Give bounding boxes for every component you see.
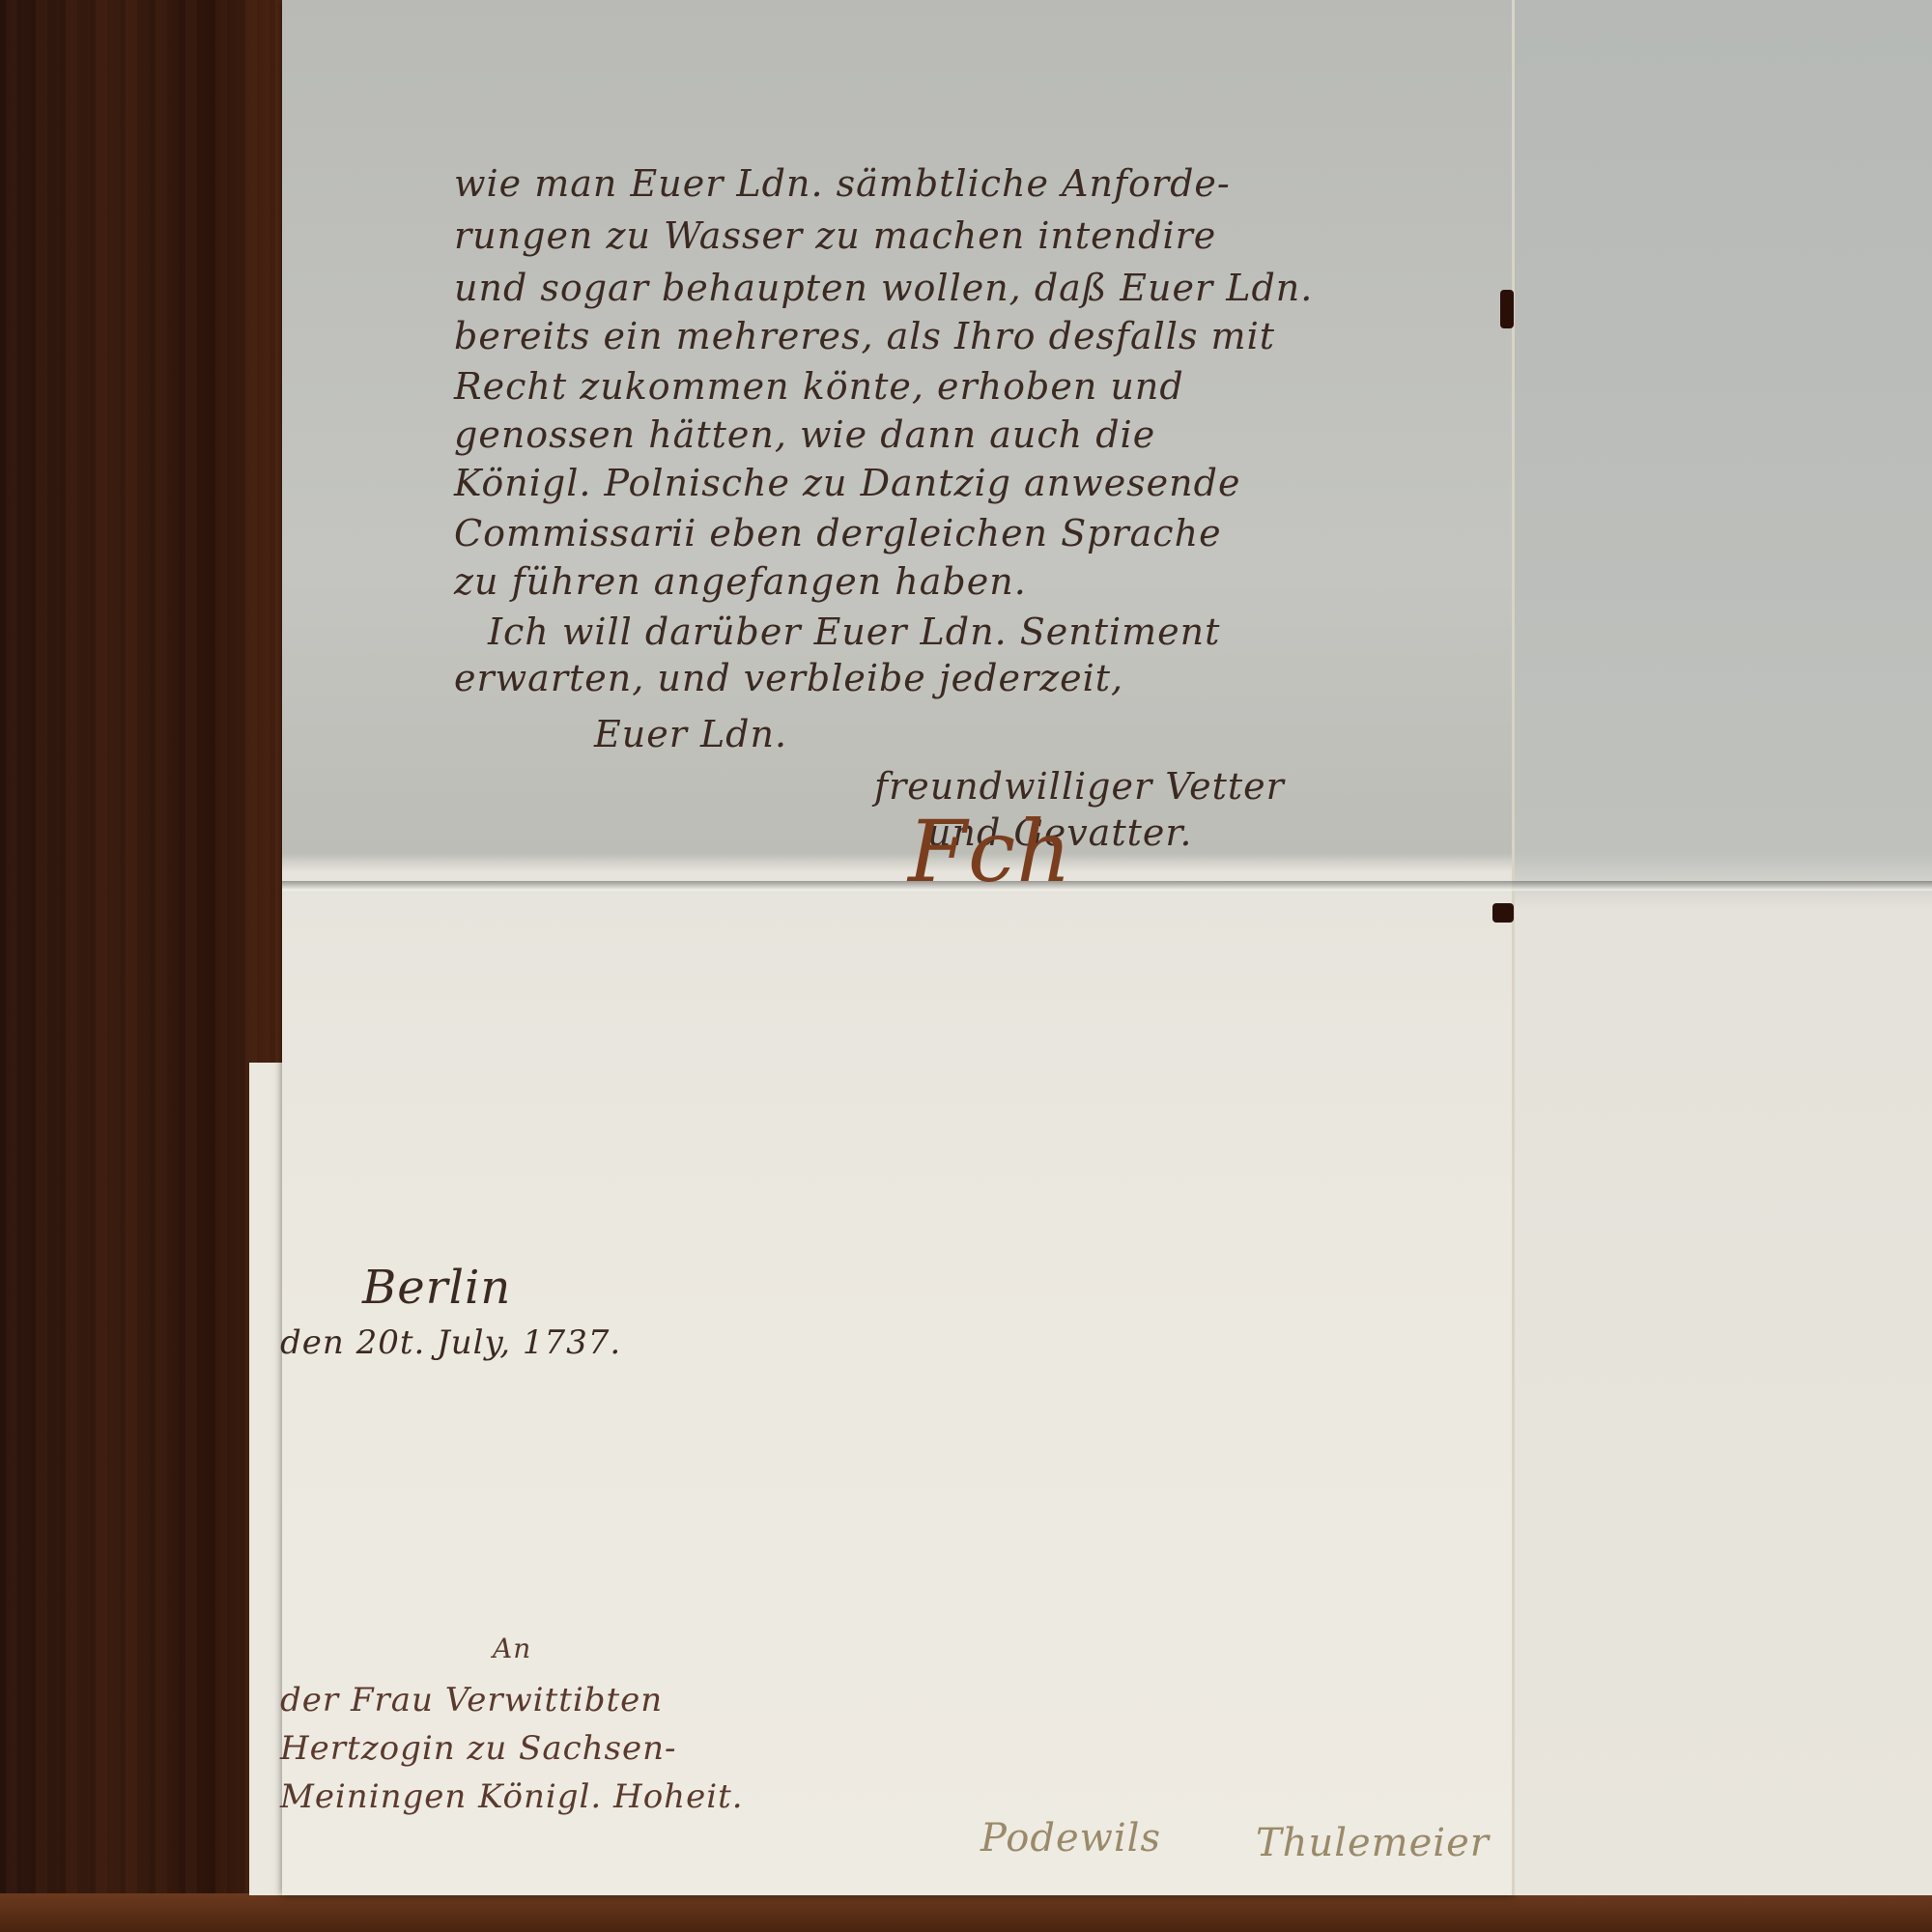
horizontal-fold-crease xyxy=(282,881,1932,891)
body-line: wie man Euer Ldn. sämbtliche Anforde- xyxy=(454,162,1231,205)
body-line: erwarten, und verbleibe jederzeit, xyxy=(454,657,1123,699)
royal-signature: Fch xyxy=(908,802,1072,901)
body-line: bereits ein mehreres, als Ihro desfalls … xyxy=(454,315,1275,357)
body-line: Königl. Polnische zu Dantzig anwesende xyxy=(454,462,1240,504)
body-line: rungen zu Wasser zu machen intendire xyxy=(454,214,1216,257)
body-line: zu führen angefangen haben. xyxy=(454,560,1027,603)
seal-hole xyxy=(1492,903,1514,923)
body-line: und sogar behaupten wollen, daß Euer Ldn… xyxy=(454,267,1313,309)
body-line: Recht zukommen könte, erhoben und xyxy=(454,365,1184,408)
body-line: Ich will darüber Euer Ldn. Sentiment xyxy=(488,611,1220,653)
body-line: genossen hätten, wie dann auch die xyxy=(454,413,1155,456)
address-line: Hertzogin zu Sachsen- xyxy=(280,1729,677,1768)
address-line: Meiningen Königl. Hoheit. xyxy=(280,1777,744,1816)
body-line: Commissarii eben dergleichen Sprache xyxy=(454,512,1222,554)
letter-right-fold-panel xyxy=(1512,0,1932,1895)
letter-date: den 20t. July, 1737. xyxy=(280,1323,621,1362)
wooden-table-surface xyxy=(0,0,290,1932)
countersignature: Podewils xyxy=(980,1816,1161,1861)
wooden-table-edge xyxy=(0,1893,1932,1932)
edge-tear xyxy=(1500,290,1514,328)
place-name: Berlin xyxy=(362,1261,511,1315)
closing-salutation: Euer Ldn. xyxy=(594,713,787,755)
countersignature: Thulemeier xyxy=(1256,1821,1490,1865)
address-line: der Frau Verwittibten xyxy=(280,1681,663,1719)
address-line: An xyxy=(493,1633,531,1664)
